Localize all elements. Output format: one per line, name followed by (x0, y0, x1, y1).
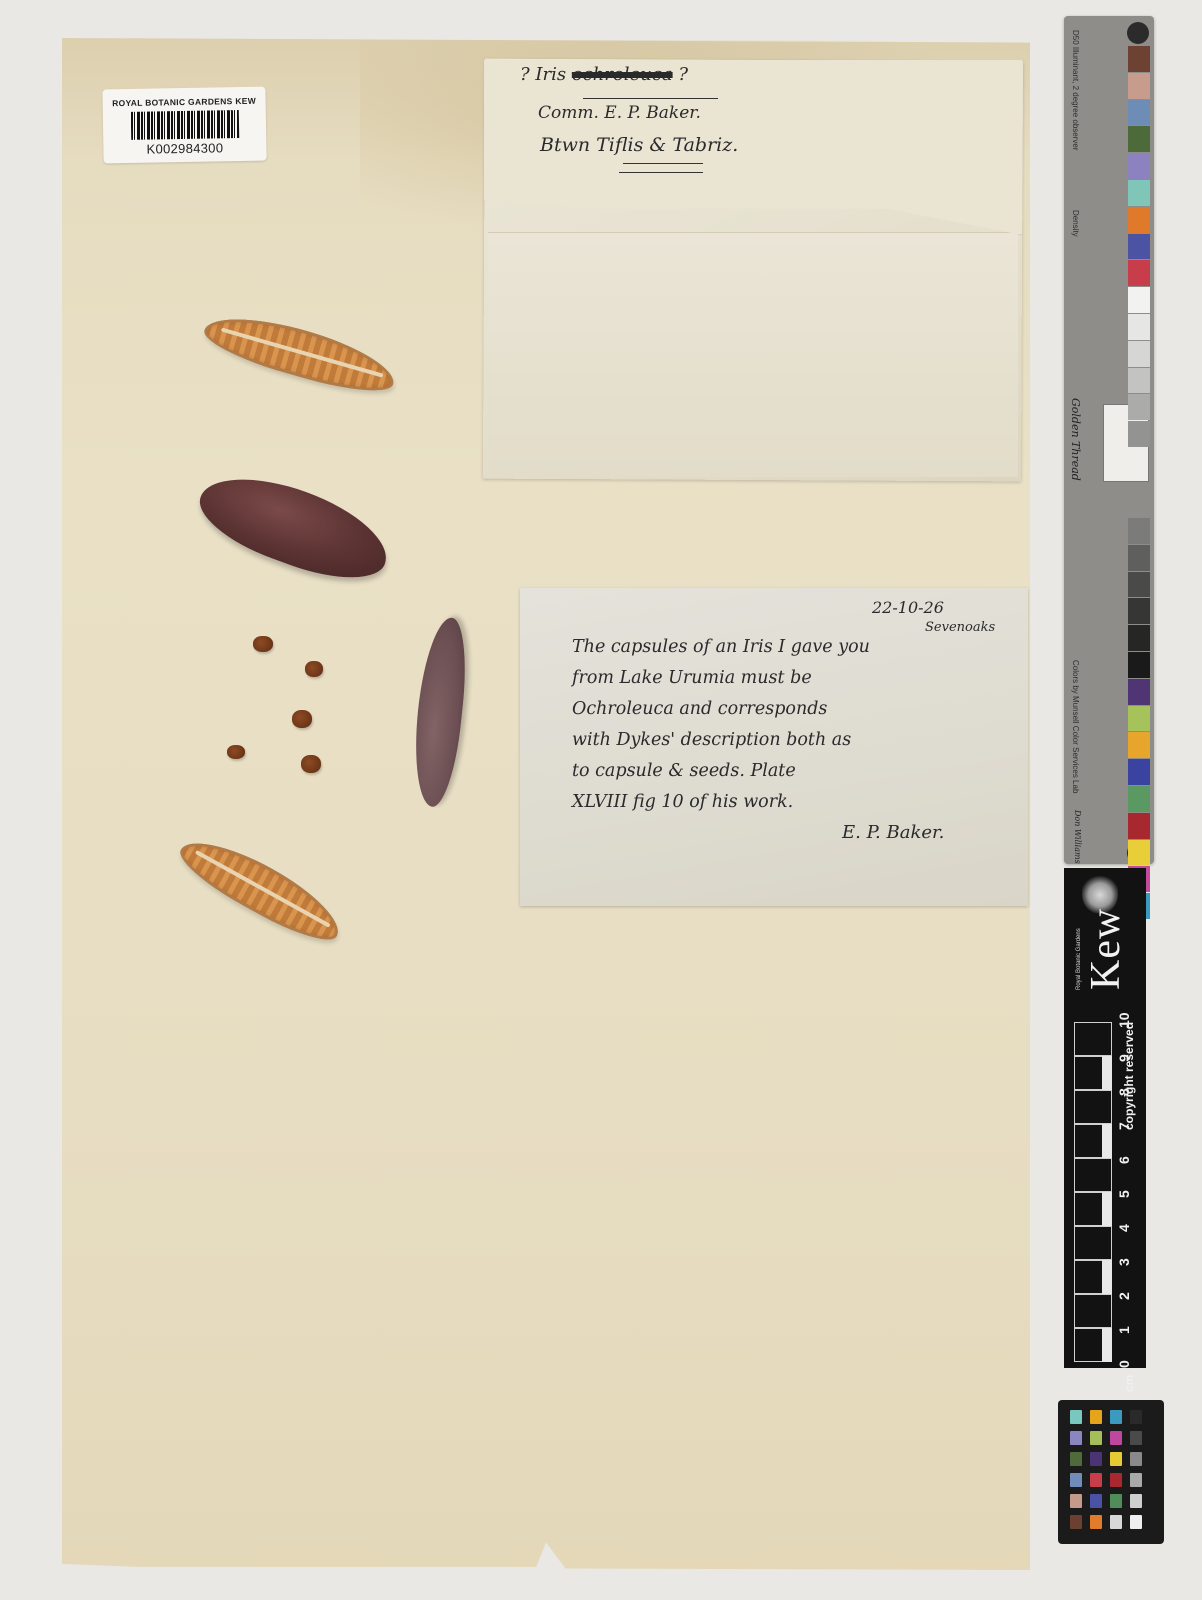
scale-tick-label: 1 (1116, 1326, 1132, 1334)
color-swatch (1128, 126, 1150, 152)
institution-name: ROYAL BOTANIC GARDENS KEW (103, 96, 266, 109)
color-swatch (1128, 518, 1150, 544)
scale-tick-label: 10 (1116, 1012, 1132, 1028)
strip-brand: Golden Thread (1069, 398, 1082, 481)
color-swatch (1128, 732, 1150, 758)
envelope-determination: ? Iris ochroleuca ? (520, 64, 688, 85)
color-chip (1070, 1410, 1082, 1424)
scale-tick-label: 5 (1116, 1190, 1132, 1198)
underline (623, 163, 703, 164)
color-swatch (1128, 545, 1150, 571)
kew-subtitle: Royal Botanic Gardens (1076, 928, 1082, 990)
color-swatch (1128, 100, 1150, 126)
scale-tick-label: 8 (1116, 1088, 1132, 1096)
color-swatch (1128, 394, 1150, 420)
ruler-segment (1074, 1022, 1112, 1056)
postcard-date: 22-10-26 (872, 598, 944, 617)
strip-density-label: Density (1071, 210, 1080, 237)
kew-logo: Kew (1082, 908, 1130, 990)
determination-suffix: ? (678, 64, 688, 85)
ruler-segment (1074, 1294, 1112, 1328)
color-chip (1130, 1431, 1142, 1445)
color-swatch (1128, 73, 1150, 99)
color-swatch (1128, 153, 1150, 179)
struck-epithet: ochroleuca (572, 64, 673, 85)
postcard-line: Ochroleuca and corresponds (572, 694, 1002, 725)
color-chip (1110, 1452, 1122, 1466)
color-chip (1090, 1515, 1102, 1529)
barcode-number: K002984300 (103, 140, 266, 158)
postcard-body: The capsules of an Iris I gave you from … (572, 632, 1002, 818)
color-chip (1070, 1494, 1082, 1508)
ruler-segment (1074, 1090, 1112, 1124)
color-swatch (1128, 759, 1150, 785)
color-swatch (1128, 368, 1150, 394)
envelope-locality: Btwn Tiflis & Tabriz. (540, 134, 738, 156)
color-swatch (1128, 786, 1150, 812)
color-swatch (1128, 421, 1150, 447)
postcard-line: with Dykes' description both as (572, 725, 1002, 756)
color-swatch (1128, 287, 1150, 313)
barcode-icon (130, 110, 238, 140)
color-chip (1070, 1515, 1082, 1529)
loose-seed (253, 636, 273, 652)
scale-tick-label: 0 (1116, 1360, 1132, 1368)
color-swatch (1128, 840, 1150, 866)
color-swatch (1128, 652, 1150, 678)
copyright-notice: copyright reserved (1122, 1022, 1136, 1130)
color-swatch (1128, 341, 1150, 367)
color-swatch (1128, 625, 1150, 651)
color-swatch (1128, 207, 1150, 233)
loose-seed (292, 710, 312, 728)
color-chip (1090, 1431, 1102, 1445)
color-chip (1090, 1410, 1102, 1424)
color-chip (1110, 1473, 1122, 1487)
color-swatch (1128, 572, 1150, 598)
color-chip (1090, 1494, 1102, 1508)
color-swatch (1128, 314, 1150, 340)
ruler-segment (1074, 1158, 1112, 1192)
ruler-white-band (1102, 1056, 1112, 1090)
color-swatch (1128, 46, 1150, 72)
strip-signature: Don Williams (1073, 810, 1082, 864)
underline (619, 172, 703, 173)
ruler-white-band (1102, 1192, 1112, 1226)
color-chip (1130, 1494, 1142, 1508)
color-chip (1070, 1431, 1082, 1445)
color-chip (1110, 1431, 1122, 1445)
color-swatch (1128, 234, 1150, 260)
scale-tick-label: 7 (1116, 1122, 1132, 1130)
color-chip (1130, 1515, 1142, 1529)
color-chip (1110, 1410, 1122, 1424)
ruler-white-band (1102, 1124, 1112, 1158)
underline (583, 98, 718, 99)
ruler-white-band (1102, 1260, 1112, 1294)
strip-munsell-label: Colors by Munsell Color Services Lab (1071, 660, 1080, 793)
postcard-line: XLVIII fig 10 of his work. (572, 787, 1002, 818)
postcard-line: The capsules of an Iris I gave you (572, 632, 1002, 663)
envelope-pocket (488, 232, 1018, 477)
color-swatch (1128, 260, 1150, 286)
color-swatch (1128, 598, 1150, 624)
color-chip (1070, 1473, 1082, 1487)
barcode-label: ROYAL BOTANIC GARDENS KEW K002984300 (102, 87, 266, 164)
color-chip (1110, 1494, 1122, 1508)
scale-unit: cm (1122, 1375, 1136, 1392)
color-chip (1130, 1473, 1142, 1487)
strip-hole (1127, 22, 1149, 44)
scale-tick-label: 9 (1116, 1054, 1132, 1062)
scale-tick-label: 4 (1116, 1224, 1132, 1232)
color-swatch (1128, 679, 1150, 705)
color-swatch (1128, 706, 1150, 732)
ruler-white-band (1102, 1328, 1112, 1362)
scale-tick-label: 3 (1116, 1258, 1132, 1266)
postcard-line: from Lake Urumia must be (572, 663, 1002, 694)
color-chip (1090, 1452, 1102, 1466)
loose-seed (305, 661, 323, 677)
postcard-signature: E. P. Baker. (842, 822, 944, 843)
color-swatch (1128, 180, 1150, 206)
loose-seed (301, 755, 321, 773)
color-chip (1070, 1452, 1082, 1466)
strip-illuminant-label: D50 Illuminant, 2 degree observer (1071, 30, 1080, 151)
scale-tick-label: 2 (1116, 1292, 1132, 1300)
color-chip (1110, 1515, 1122, 1529)
color-chip (1090, 1473, 1102, 1487)
determination-prefix: ? Iris (520, 64, 566, 85)
postcard-line: to capsule & seeds. Plate (572, 756, 1002, 787)
envelope-communicator: Comm. E. P. Baker. (538, 103, 701, 123)
color-chip (1130, 1452, 1142, 1466)
color-swatch (1128, 813, 1150, 839)
loose-seed (227, 745, 245, 759)
scale-tick-label: 6 (1116, 1156, 1132, 1164)
color-chip (1130, 1410, 1142, 1424)
ruler-segment (1074, 1226, 1112, 1260)
